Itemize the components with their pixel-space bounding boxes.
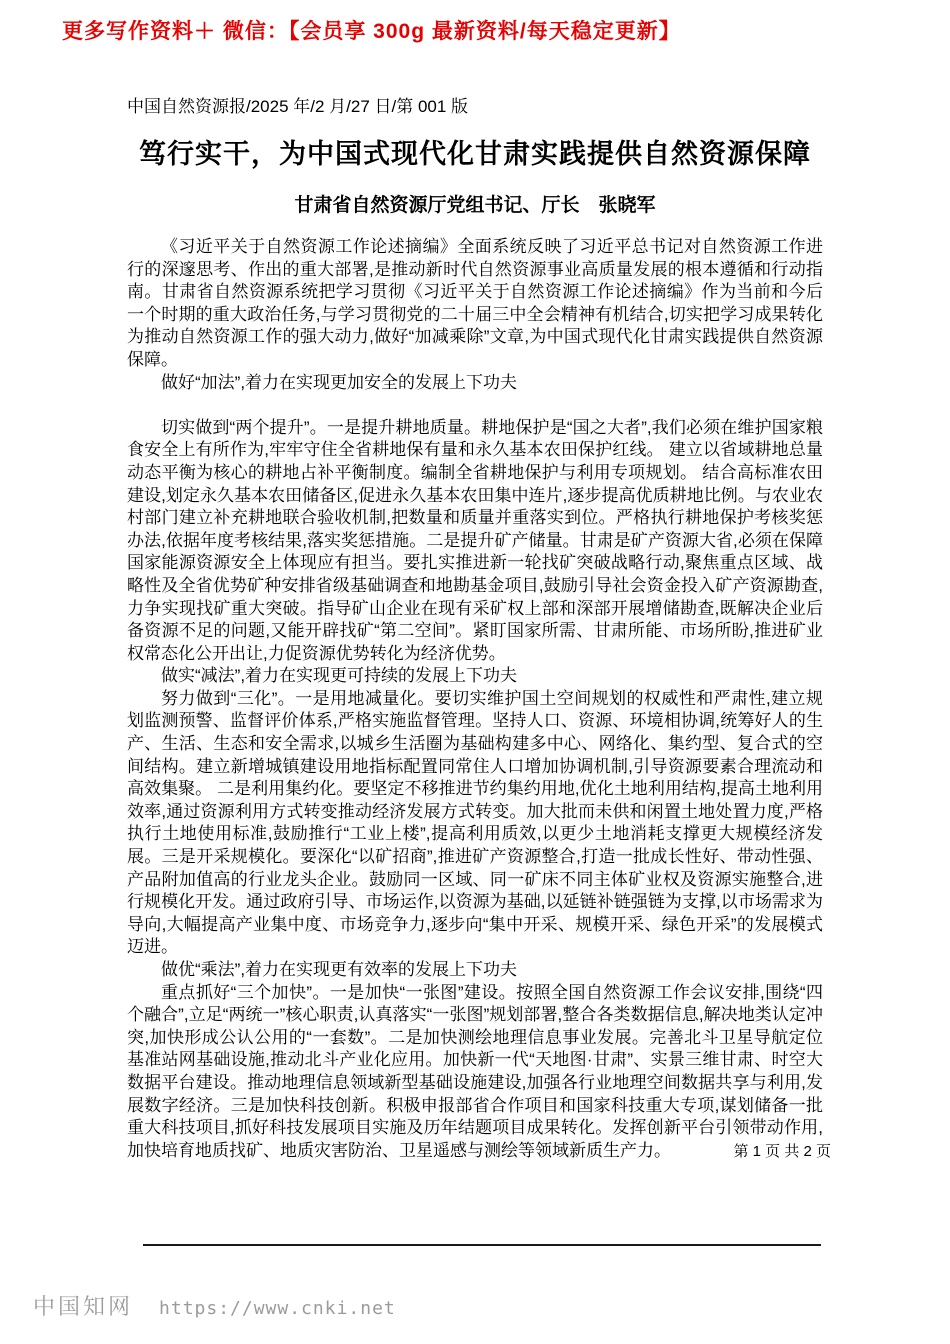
section-heading: 做优“乘法”,着力在实现更有效率的发展上下功夫 — [127, 959, 823, 982]
source-line: 中国自然资源报/2025 年/2 月/27 日/第 001 版 — [127, 92, 468, 117]
cnki-watermark: 中国知网 https://www.cnki.net — [33, 1290, 396, 1321]
document-page: 更多写作资料＋ 微信：【会员享 300g 最新资料/每天稳定更新】 中国自然资源… — [0, 0, 950, 1344]
section-heading: 做实“减法”,着力在实现更可持续的发展上下功夫 — [127, 665, 823, 688]
page-number: 第 1 页 共 2 页 — [127, 1140, 831, 1161]
cnki-logo-text: 中国知网 — [33, 1290, 133, 1321]
footer-divider — [143, 1244, 821, 1246]
section-heading: 做好“加法”,着力在实现更加安全的发展上下功夫 — [127, 372, 823, 395]
body-paragraph: 努力做到“三化”。一是用地减量化。要切实维护国土空间规划的权威性和严肃性,建立规… — [127, 688, 823, 959]
article-body: 《习近平关于自然资源工作论述摘编》全面系统反映了习近平总书记对自然资源工作进行的… — [127, 236, 823, 1162]
body-paragraph: 切实做到“两个提升”。一是提升耕地质量。耕地保护是“国之大者”,我们必须在维护国… — [127, 417, 823, 666]
article-title: 笃行实干，为中国式现代化甘肃实践提供自然资源保障 — [127, 132, 823, 171]
cnki-url[interactable]: https://www.cnki.net — [159, 1298, 396, 1319]
body-paragraph: 重点抓好“三个加快”。一是加快“一张图”建设。按照全国自然资源工作会议安排,围绕… — [127, 982, 823, 1163]
article-byline: 甘肃省自然资源厅党组书记、厅长 张晓军 — [127, 190, 823, 217]
body-paragraph: 《习近平关于自然资源工作论述摘编》全面系统反映了习近平总书记对自然资源工作进行的… — [127, 236, 823, 372]
promo-banner: 更多写作资料＋ 微信：【会员享 300g 最新资料/每天稳定更新】 — [62, 15, 681, 45]
